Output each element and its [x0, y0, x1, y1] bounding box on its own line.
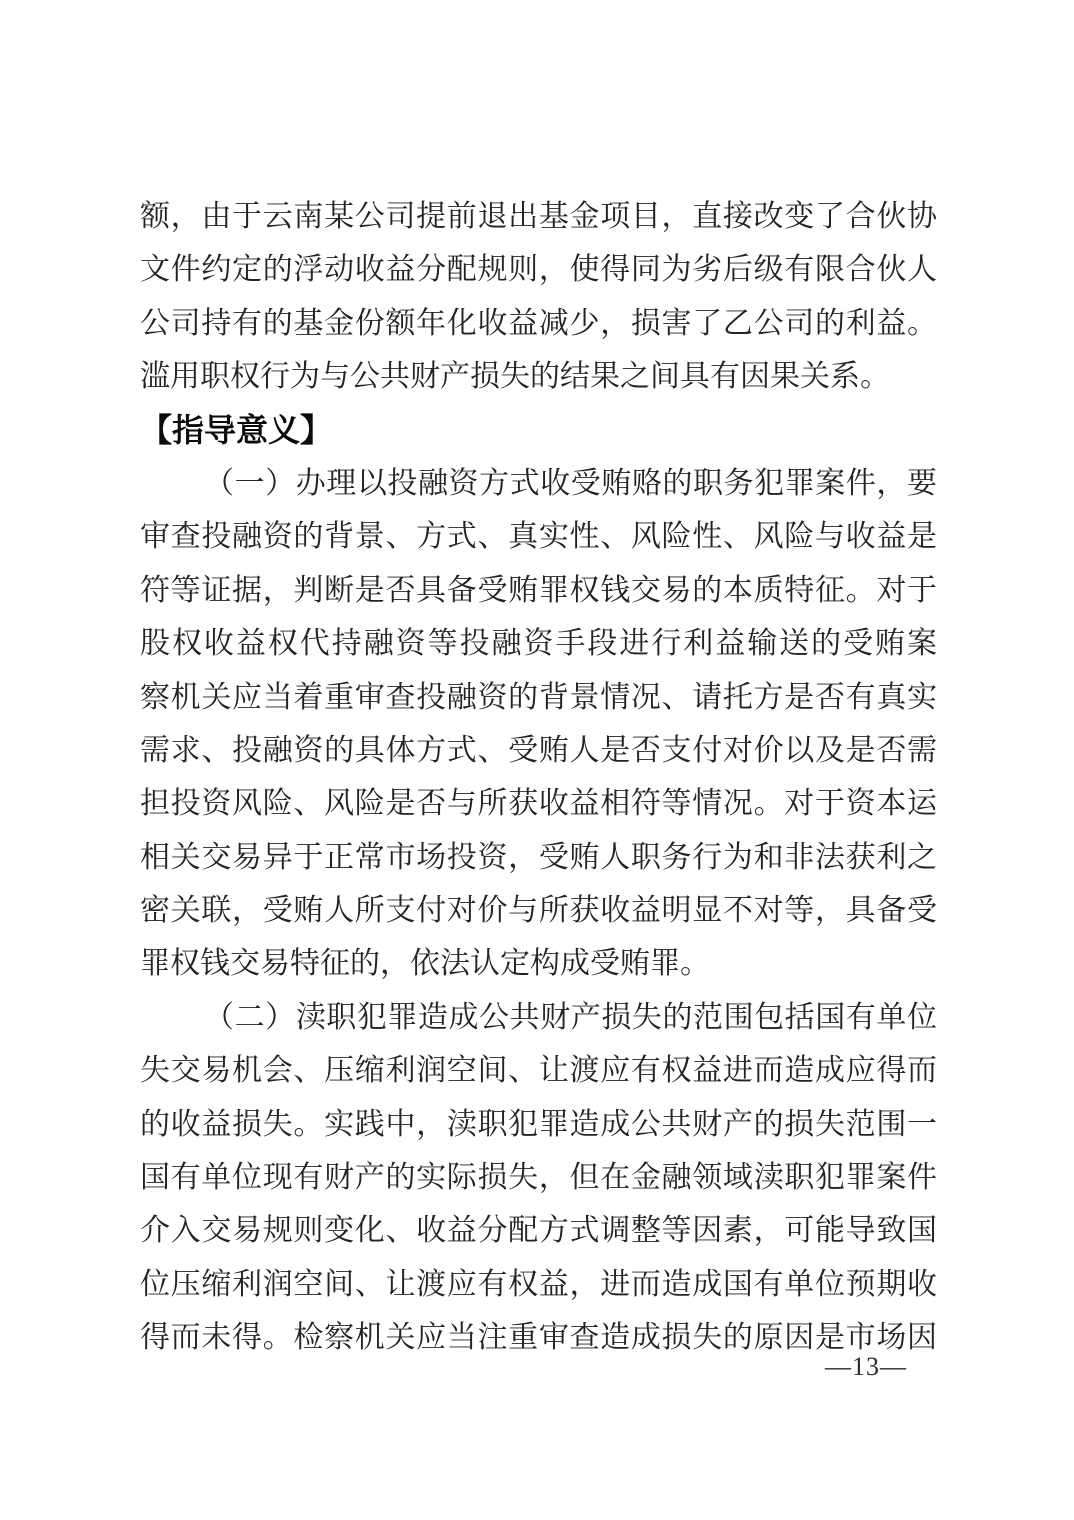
continuation-paragraph: 额，由于云南某公司提前退出基金项目，直接改变了合伙协议等 文件约定的浮动收益分配…: [140, 190, 937, 404]
text-line: 失交易机会、压缩利润空间、让渡应有权益进而造成应得而未得: [140, 1044, 937, 1097]
guidance-paragraph-one: （一）办理以投融资方式收受贿赂的职务犯罪案件，要综合 审查投融资的背景、方式、真…: [140, 457, 937, 991]
text-line: 罪权钱交易特征的，依法认定构成受贿罪。: [140, 937, 937, 990]
text-line: 公司持有的基金份额年化收益减少，损害了乙公司的利益。桑某: [140, 297, 937, 350]
text-line: 需求、投融资的具体方式、受贿人是否支付对价以及是否需要承: [140, 724, 937, 777]
text-line: 相关交易异于正常市场投资，受贿人职务行为和非法获利之间紧: [140, 831, 937, 884]
section-heading: 【指导意义】: [140, 404, 937, 457]
text-line: 股权收益权代持融资等投融资手段进行利益输送的受贿案件，检: [140, 617, 937, 670]
text-line: 介入交易规则变化、收益分配方式调整等因素，可能导致国有单: [140, 1204, 937, 1257]
text-line: （一）办理以投融资方式收受贿赂的职务犯罪案件，要综合: [140, 457, 937, 510]
text-line: 位压缩利润空间、让渡应有权益，进而造成国有单位预期收益应: [140, 1258, 937, 1311]
text-line: 滥用职权行为与公共财产损失的结果之间具有因果关系。: [140, 350, 937, 403]
text-line: 审查投融资的背景、方式、真实性、风险性、风险与收益是否相: [140, 510, 937, 563]
text-line: 国有单位现有财产的实际损失，但在金融领域渎职犯罪案件中，: [140, 1151, 937, 1204]
text-line: 密关联，受贿人所支付对价与所获收益明显不对等，具备受贿犯: [140, 884, 937, 937]
text-line: （二）渎职犯罪造成公共财产损失的范围包括国有单位因错: [140, 991, 937, 1044]
text-line: 得而未得。检察机关应当注重审查造成损失的原因是市场因素还: [140, 1311, 937, 1364]
page-number: —13—: [825, 1352, 907, 1382]
guidance-paragraph-two: （二）渎职犯罪造成公共财产损失的范围包括国有单位因错 失交易机会、压缩利润空间、…: [140, 991, 937, 1365]
document-page: 额，由于云南某公司提前退出基金项目，直接改变了合伙协议等 文件约定的浮动收益分配…: [0, 0, 1074, 1520]
text-line: 额，由于云南某公司提前退出基金项目，直接改变了合伙协议等: [140, 190, 937, 243]
text-line: 察机关应当着重审查投融资的背景情况、请托方是否有真实融资: [140, 671, 937, 724]
text-line: 担投资风险、风险是否与所获收益相符等情况。对于资本运作或: [140, 777, 937, 830]
text-line: 的收益损失。实践中，渎职犯罪造成公共财产的损失范围一般为: [140, 1098, 937, 1151]
text-line: 文件约定的浮动收益分配规则，使得同为劣后级有限合伙人的乙: [140, 243, 937, 296]
text-block: 额，由于云南某公司提前退出基金项目，直接改变了合伙协议等 文件约定的浮动收益分配…: [140, 190, 937, 1365]
text-line: 符等证据，判断是否具备受贿罪权钱交易的本质特征。对于利用: [140, 564, 937, 617]
